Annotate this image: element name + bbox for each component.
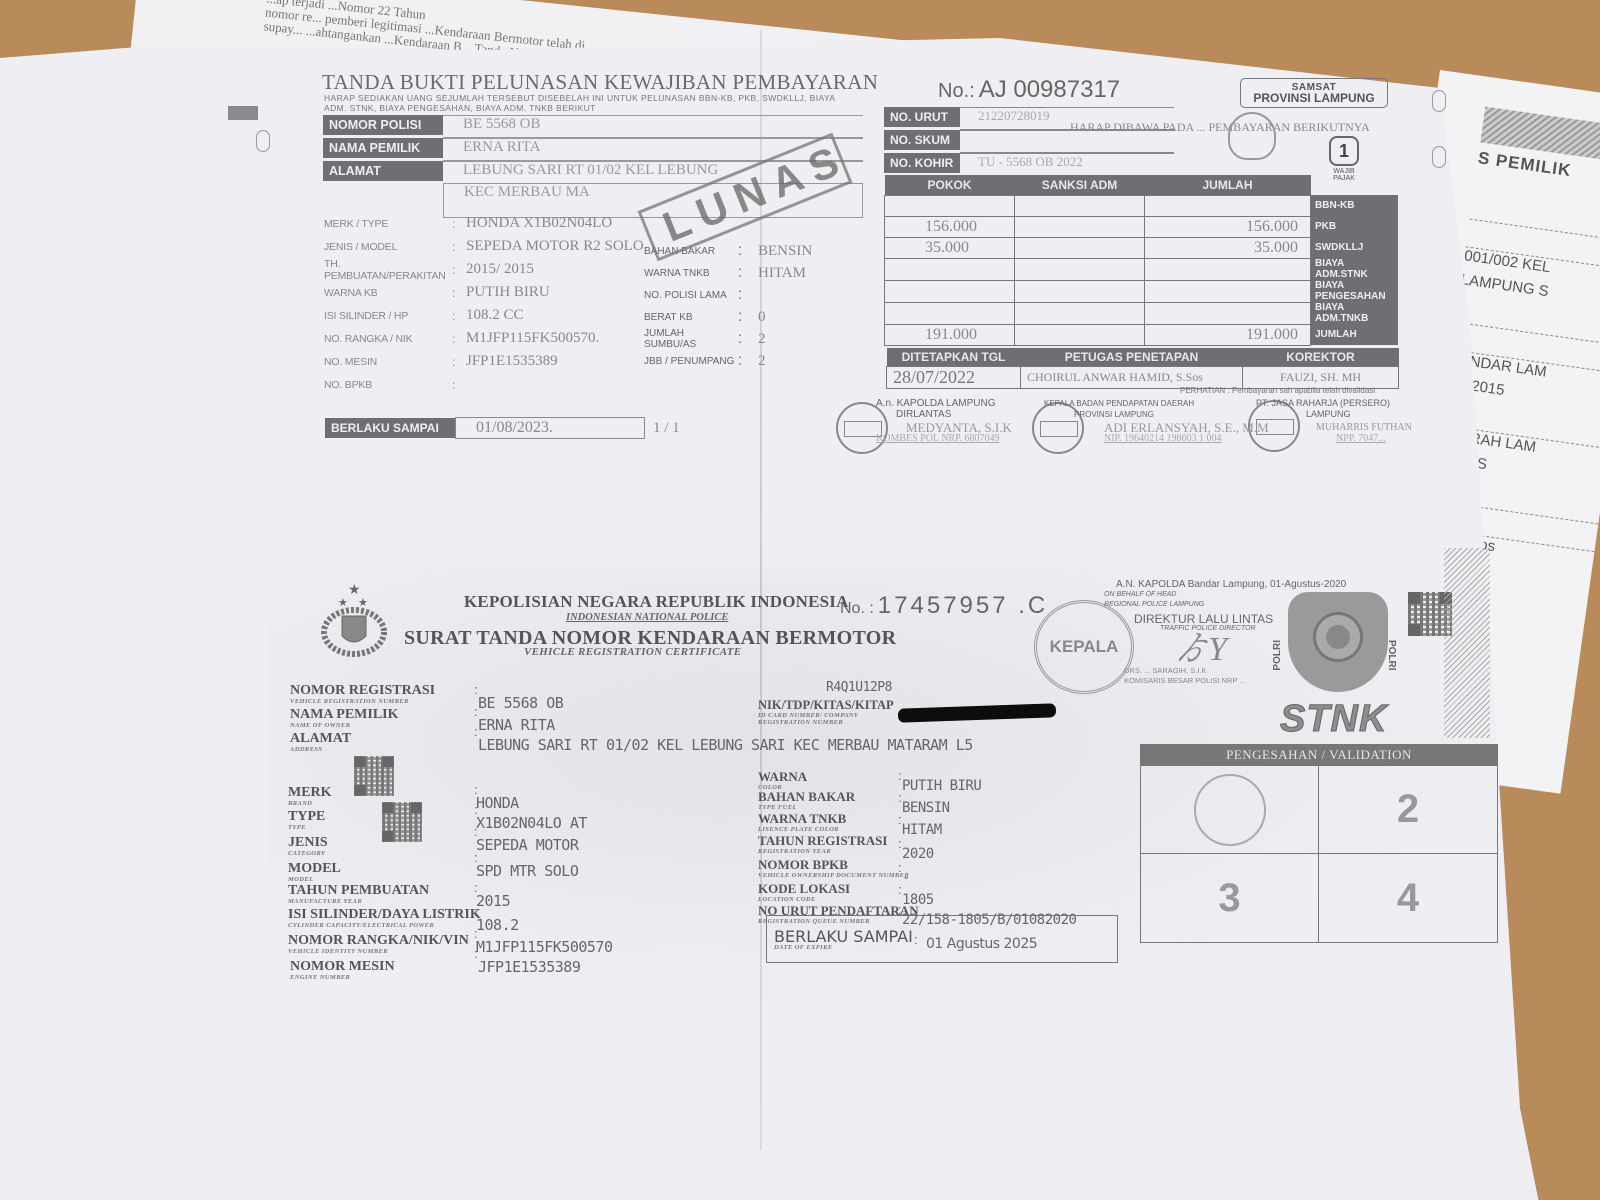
stnk-field-value: JFP1E1535389	[478, 958, 580, 976]
stnk-field-value: HITAM	[902, 822, 942, 838]
spec-row: NO. POLISI LAMA :	[644, 284, 812, 306]
fee-row: 191.000 191.000 JUMLAH	[885, 324, 1399, 345]
spec-row: BERAT KB : 0	[644, 306, 812, 328]
vehicle-spec-list: MERK / TYPE : HONDA X1B02N04LO JENIS / M…	[324, 212, 644, 396]
field-label: ALAMAT	[323, 161, 443, 181]
stnk-field-value: -	[902, 870, 910, 886]
qr-code-icon	[382, 802, 422, 842]
stnk-field-value: BE 5568 OB	[478, 694, 563, 712]
validation-cell-2: 2	[1319, 766, 1497, 854]
stnk-field-label: TYPE TYPE	[288, 810, 325, 831]
stnk-field-value: 108.2	[476, 916, 519, 934]
stnk-field-label: NOMOR REGISTRASI VEHICLE REGISTRATION NU…	[290, 684, 435, 705]
signatory: KEPALA BADAN PENDAPATAN DAERAH PROVINSI …	[1044, 398, 1269, 444]
taxpayer-icon: 1	[1329, 136, 1359, 166]
stnk-brand: STNK	[1280, 698, 1387, 741]
spec-label: JENIS / MODEL	[324, 241, 452, 253]
fee-sanksi	[1015, 324, 1145, 345]
spec-label: WARNA TNKB	[644, 268, 738, 279]
qr-code-icon	[354, 756, 394, 796]
col-header: SANKSI ADM	[1015, 175, 1145, 195]
spec-value: 0	[758, 309, 766, 326]
fee-jumlah	[1145, 258, 1311, 280]
stnk-field-value: SPD MTR SOLO	[476, 862, 578, 880]
fee-sanksi	[1015, 302, 1145, 324]
vehicle-spec-list-2: BAHAN BAKAR : BENSIN WARNA TNKB : HITAM …	[644, 240, 812, 372]
spec-row: JUMLAH SUMBU/AS : 2	[644, 328, 812, 350]
spec-row: MERK / TYPE : HONDA X1B02N04LO	[324, 212, 644, 235]
stnk-field-label: TAHUN REGISTRASI REGISTRATION YEAR	[758, 834, 887, 855]
col-header: JUMLAH	[1145, 175, 1311, 195]
stnk-field-label: NAMA PEMILIK NAME OF OWNER	[290, 708, 399, 729]
spec-row: NO. RANGKA / NIK : M1JFP115FK500570.	[324, 327, 644, 350]
fee-pokok: 191.000	[885, 324, 1015, 345]
stnk-field-label: MERK BRAND	[288, 786, 332, 807]
stnk-field-value: PUTIH BIRU	[902, 778, 981, 794]
stnk-field-value: ERNA RITA	[478, 716, 555, 734]
ref-row: NO. KOHIR TU - 5568 OB 2022	[884, 153, 1174, 176]
spec-value: HITAM	[758, 265, 806, 282]
payment-slip-title: TANDA BUKTI PELUNASAN KEWAJIBAN PEMBAYAR…	[322, 70, 878, 95]
validation-cell-4: 4	[1319, 854, 1497, 942]
spec-row: NO. BPKB :	[324, 373, 644, 396]
svg-text:★: ★	[348, 581, 361, 597]
stnk-field-label: NOMOR BPKB VEHICLE OWNERSHIP DOCUMENT NU…	[758, 858, 909, 879]
stnk-field-label: JENIS CATEGORY	[288, 836, 328, 857]
stnk-field-value: SEPEDA MOTOR	[476, 836, 578, 854]
signatories: A.n. KAPOLDA LAMPUNG DIRLANTAS MEDYANTA,…	[836, 386, 1436, 456]
spec-row: TH. PEMBUATAN/PERAKITAN : 2015/ 2015	[324, 258, 644, 281]
spec-label: JUMLAH SUMBU/AS	[644, 328, 738, 350]
stnk-field-label: WARNA TNKB LISENCE PLATE COLOR	[758, 812, 846, 833]
spec-value: 2015/ 2015	[466, 261, 534, 278]
spec-label: MERK / TYPE	[324, 218, 452, 230]
validation-grid: PENGESAHAN / VALIDATION 2 3 4	[1140, 744, 1498, 943]
stnk-field-label: WARNA COLOR	[758, 770, 807, 791]
spec-label: WARNA KB	[324, 287, 452, 299]
stnk-field-value: 2015	[476, 892, 510, 910]
stnk-title-en: VEHICLE REGISTRATION CERTIFICATE	[524, 646, 741, 658]
fee-pokok	[885, 258, 1015, 280]
validation-cell-1	[1141, 766, 1319, 854]
security-pattern	[1444, 548, 1490, 738]
fee-pokok	[885, 302, 1015, 324]
fee-sanksi	[1015, 258, 1145, 280]
validation-cell-3: 3	[1141, 854, 1319, 942]
punch-hole-icon	[1432, 146, 1446, 168]
fee-row: 35.000 35.000 SWDKLLJ	[885, 237, 1399, 258]
spec-row: WARNA KB : PUTIH BIRU	[324, 281, 644, 304]
stnk-org: KEPOLISIAN NEGARA REPUBLIK INDONESIA	[464, 592, 849, 612]
stnk-org-en: INDONESIAN NATIONAL POLICE	[566, 612, 728, 623]
spec-row: JENIS / MODEL : SEPEDA MOTOR R2 SOLO	[324, 235, 644, 258]
corrector: FAUZI, SH. MH	[1243, 366, 1399, 388]
slip-number: No.:AJ 00987317	[938, 76, 1120, 104]
spec-label: ISI SILINDER / HP	[324, 310, 452, 322]
reference-table: NO. URUT 21220728019 NO. SKUM NO. KOHIR …	[884, 107, 1174, 176]
field-label: NAMA PEMILIK	[323, 138, 443, 158]
stnk-field-label: NOMOR MESIN ENGINE NUMBER	[290, 960, 395, 981]
corner-mark	[228, 106, 258, 120]
fee-pokok: 156.000	[885, 216, 1015, 237]
fee-jumlah: 35.000	[1145, 237, 1311, 258]
fee-jumlah: 156.000	[1145, 216, 1311, 237]
stnk-field-value: BENSIN	[902, 800, 950, 816]
fee-row: 156.000 156.000 PKB	[885, 216, 1399, 237]
punch-hole-icon	[256, 130, 270, 152]
col-header: POKOK	[885, 175, 1015, 195]
stnk-field-label: TAHUN PEMBUATAN MANUFACTURE YEAR	[288, 884, 429, 905]
lampung-emblem-icon	[1228, 112, 1276, 160]
fee-jumlah: 191.000	[1145, 324, 1311, 345]
spec-value: 2	[758, 353, 766, 370]
fee-row: BIAYA ADM.STNK	[885, 258, 1399, 280]
fee-jumlah	[1145, 195, 1311, 216]
spec-value: HONDA X1B02N04LO	[466, 215, 612, 232]
police-emblem-icon: ★ ★★	[312, 580, 396, 660]
stnk-code: R4Q1U12P8	[826, 680, 892, 695]
payment-slip-subtitle: HARAP SEDIAKAN UANG SEJUMLAH TERSEBUT DI…	[324, 93, 844, 113]
fee-type-label: SWDKLLJ	[1311, 237, 1399, 258]
nik-label: NIK/TDP/KITAS/KITAP ID CARD NUMBER/ COMP…	[758, 698, 898, 726]
slip-number-value: AJ 00987317	[979, 76, 1120, 103]
instruction-note: HARAP DIBAWA PADA ... PEMBAYARAN BERIKUT…	[1070, 120, 1370, 135]
validation-seal-icon	[1194, 774, 1266, 846]
spec-value: BENSIN	[758, 243, 812, 260]
polri-shield-icon	[1288, 592, 1388, 692]
svg-text:★: ★	[338, 597, 348, 609]
spec-value: SEPEDA MOTOR R2 SOLO	[466, 238, 644, 255]
fee-jumlah	[1145, 280, 1311, 302]
punch-hole-icon	[1432, 90, 1446, 112]
spec-label: NO. BPKB	[324, 379, 452, 391]
assessment-officer: CHOIRUL ANWAR HAMID, S.Sos	[1021, 366, 1243, 388]
fee-row: BBN-KB	[885, 195, 1399, 216]
fee-type-label: BIAYA ADM.STNK	[1311, 258, 1399, 280]
fee-row: BIAYA ADM.TNKB	[885, 302, 1399, 324]
fee-type-label: PKB	[1311, 216, 1399, 237]
stnk-field-label: ISI SILINDER/DAYA LISTRIK CYLINDER CAPAC…	[288, 908, 481, 929]
spec-label: JBB / PENUMPANG	[644, 356, 738, 367]
stnk-number-value: 17457957 .C	[878, 592, 1048, 619]
page-indicator: 1 / 1	[653, 420, 680, 437]
stnk-field-label: NOMOR RANGKA/NIK/VIN VEHICLE IDENTITY NU…	[288, 934, 469, 955]
spec-value: PUTIH BIRU	[466, 284, 550, 301]
spec-value: M1JFP115FK500570.	[466, 330, 599, 347]
fee-type-label: BBN-KB	[1311, 195, 1399, 216]
field-value: BE 5568 OB	[443, 115, 863, 138]
stnk-field-value: M1JFP115FK500570	[476, 938, 613, 956]
signatory: A.n. KAPOLDA LAMPUNG DIRLANTAS MEDYANTA,…	[876, 398, 1012, 444]
fee-table: POKOK SANKSI ADM JUMLAH BBN-KB 156.000 1…	[884, 175, 1399, 346]
fee-sanksi	[1015, 195, 1145, 216]
expiry-box	[766, 915, 1118, 963]
fee-type-label: BIAYA ADM.TNKB	[1311, 302, 1399, 324]
spec-row: NO. MESIN : JFP1E1535389	[324, 350, 644, 373]
spec-value: 108.2 CC	[466, 307, 524, 324]
fee-sanksi	[1015, 216, 1145, 237]
stnk-field-value: X1B02N04LO AT	[476, 814, 587, 832]
fee-type-label: BIAYA PENGESAHAN	[1311, 280, 1399, 302]
svg-text:★: ★	[358, 597, 368, 609]
spec-label: NO. POLISI LAMA	[644, 290, 738, 301]
signatory: PT. JASA RAHARJA (PERSERO) LAMPUNG MUHAR…	[1256, 398, 1412, 444]
assessment-date: 28/07/2022	[887, 366, 1021, 388]
owner-row: NOMOR POLISI BE 5568 OB	[323, 115, 863, 138]
stnk-field-value: HONDA	[476, 794, 519, 812]
spec-label: TH. PEMBUATAN/PERAKITAN	[324, 258, 452, 282]
spec-row: WARNA TNKB : HITAM	[644, 262, 812, 284]
samsat-badge: SAMSAT PROVINSI LAMPUNG	[1240, 78, 1388, 108]
valid-until-value: 01/08/2023.	[455, 417, 645, 439]
field-label: NOMOR POLISI	[323, 115, 443, 135]
fee-sanksi	[1015, 237, 1145, 258]
stnk-field-value: LEBUNG SARI RT 01/02 KEL LEBUNG SARI KEC…	[478, 736, 973, 754]
fee-type-label: JUMLAH	[1311, 324, 1399, 345]
spec-label: NO. MESIN	[324, 356, 452, 368]
spec-value: 2	[758, 331, 766, 348]
fee-jumlah	[1145, 302, 1311, 324]
stnk-field-label: BAHAN BAKAR TYPE FUEL	[758, 790, 855, 811]
spec-row: JBB / PENUMPANG : 2	[644, 350, 812, 372]
assessment-table: DITETAPKAN TGL PETUGAS PENETAPAN KOREKTO…	[886, 348, 1399, 389]
valid-until-label: BERLAKU SAMPAI	[325, 418, 455, 438]
fee-pokok: 35.000	[885, 237, 1015, 258]
stnk-field-label: MODEL MODEL	[288, 862, 341, 883]
spec-label: NO. RANGKA / NIK	[324, 333, 452, 345]
stnk-number: No. :17457957 .C	[840, 592, 1048, 620]
stnk-field-label: ALAMAT ADDRESS	[290, 732, 351, 753]
fee-pokok	[885, 280, 1015, 302]
spec-row: ISI SILINDER / HP : 108.2 CC	[324, 304, 644, 327]
spec-label: BERAT KB	[644, 312, 738, 323]
fee-pokok	[885, 195, 1015, 216]
stnk-field-label: KODE LOKASI LOCATION CODE	[758, 882, 850, 903]
valid-until: BERLAKU SAMPAI 01/08/2023. 1 / 1	[325, 417, 680, 439]
spec-value: JFP1E1535389	[466, 353, 558, 370]
fee-row: BIAYA PENGESAHAN	[885, 280, 1399, 302]
fee-sanksi	[1015, 280, 1145, 302]
validation-header: PENGESAHAN / VALIDATION	[1140, 744, 1498, 766]
